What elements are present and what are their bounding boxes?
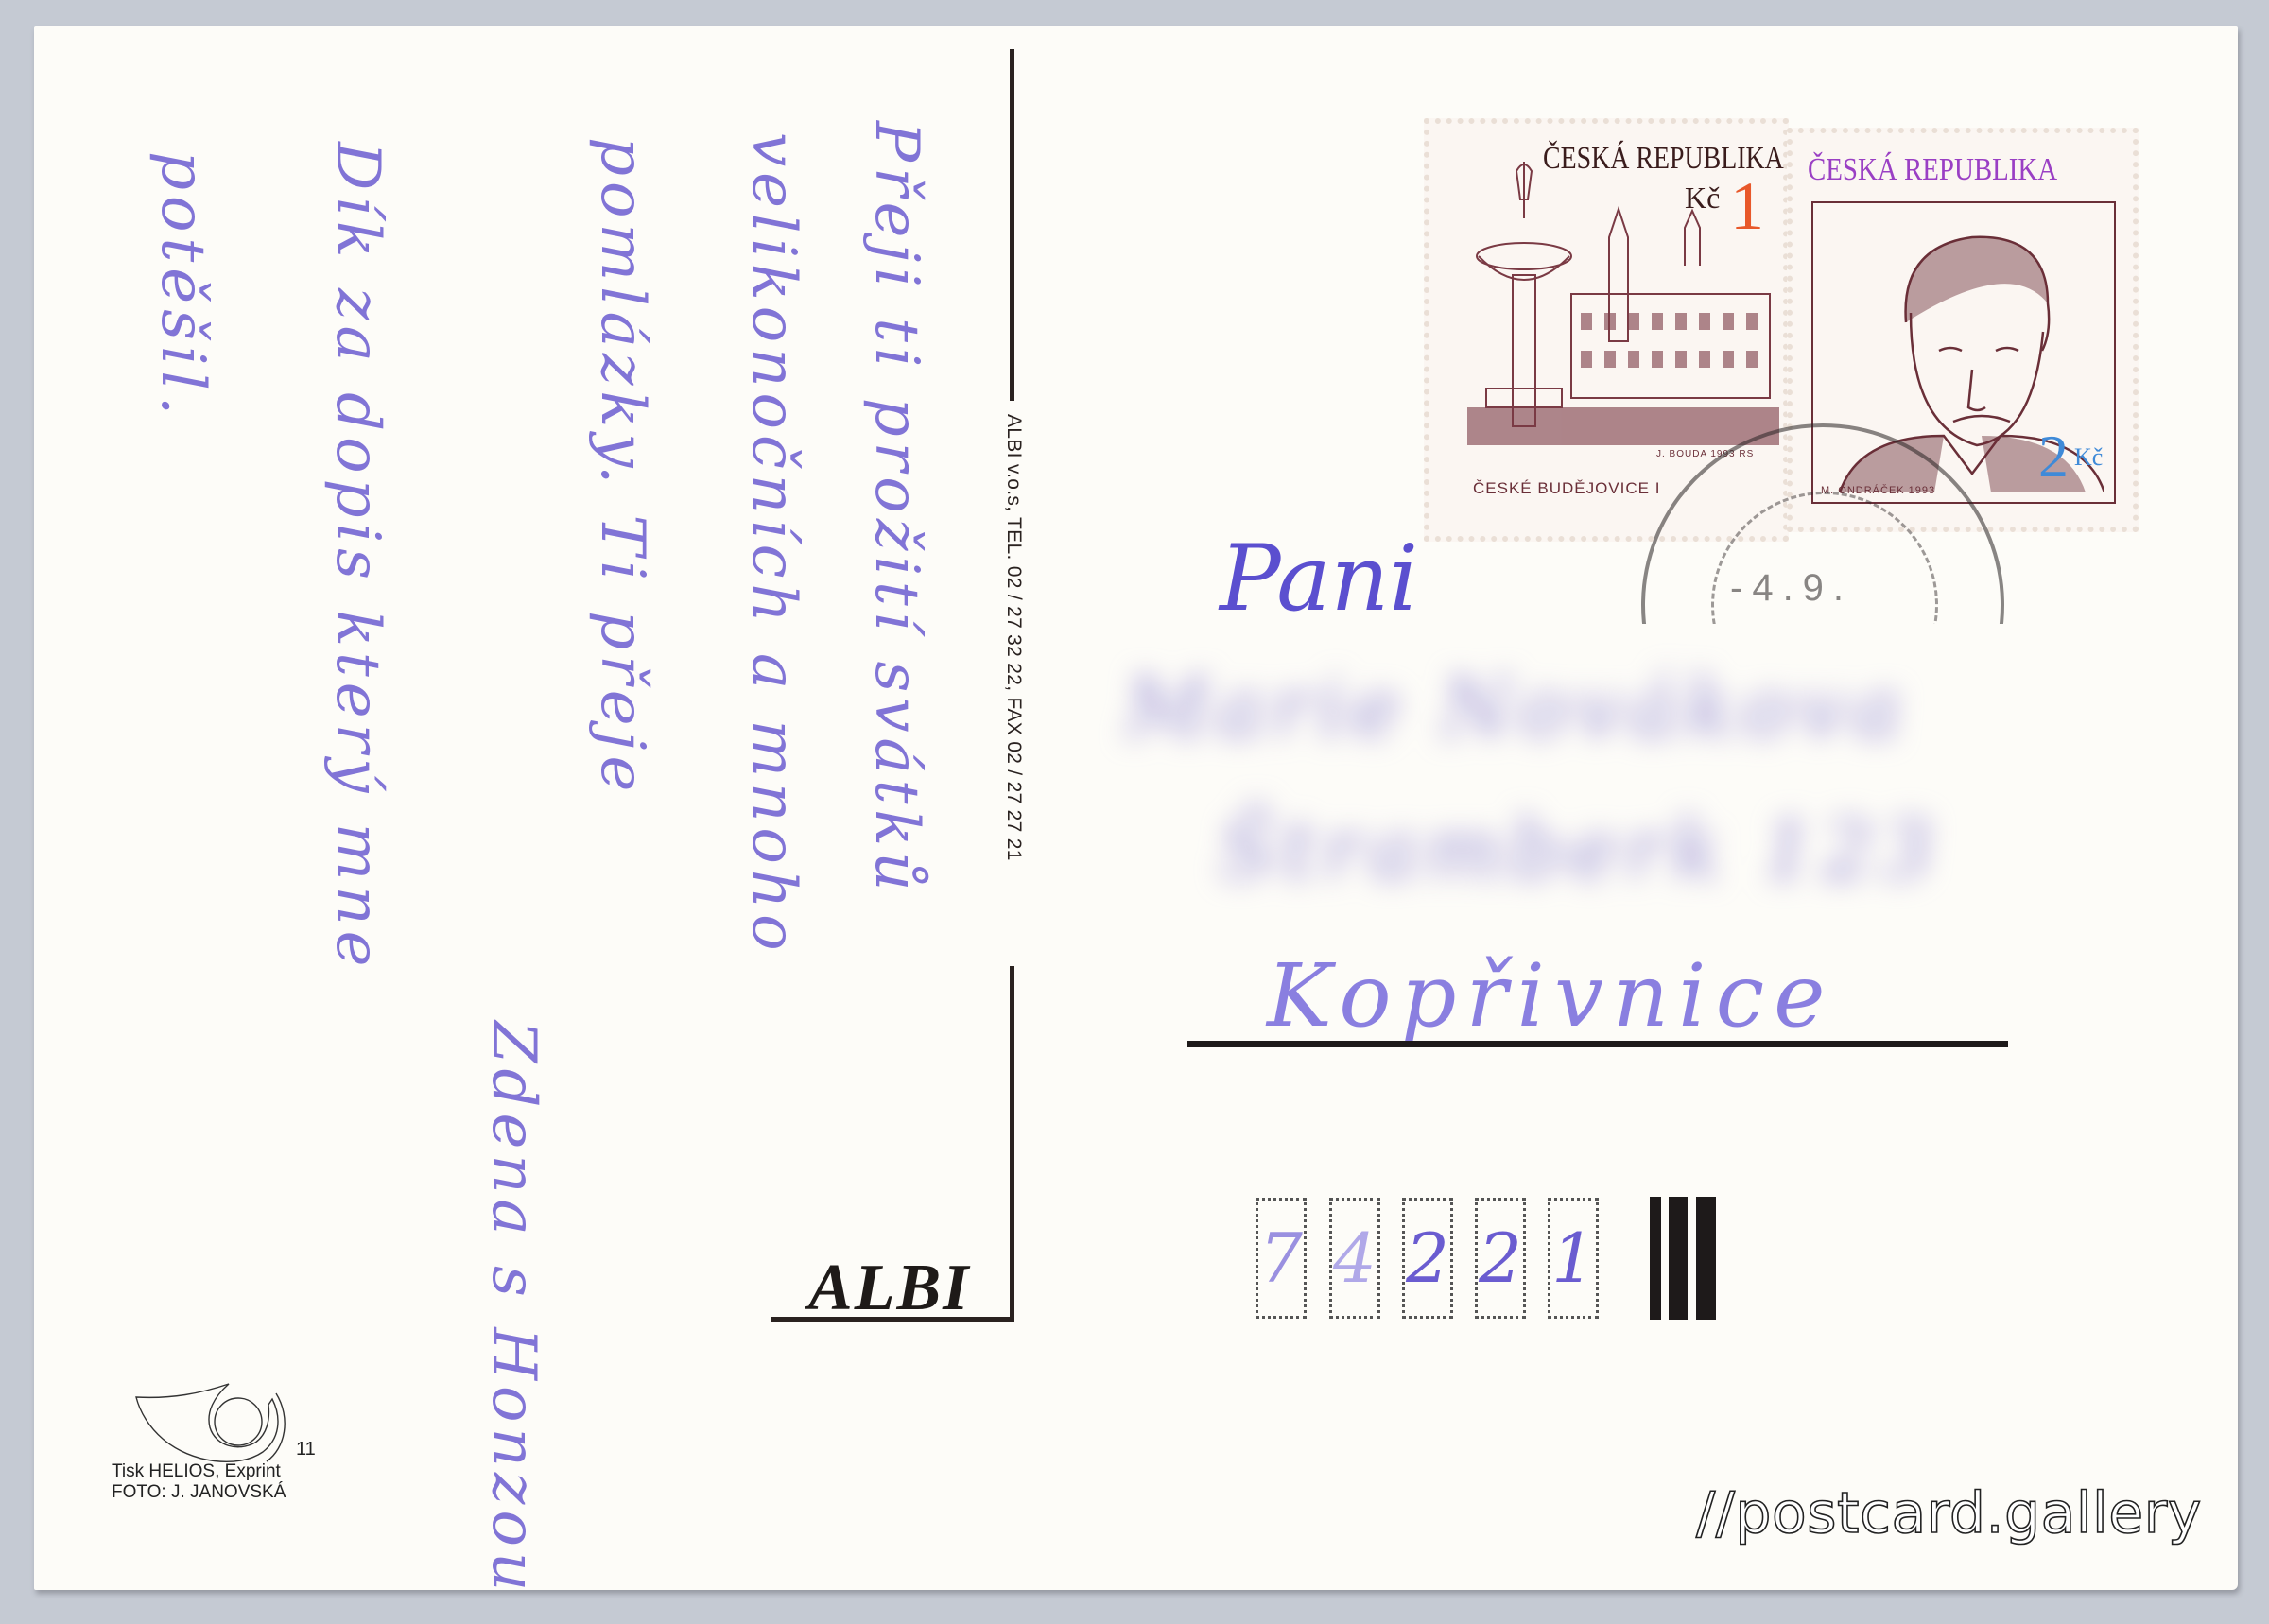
postal-code-digit-2: 4: [1329, 1198, 1380, 1319]
address-city: Kopřivnice: [1267, 945, 1835, 1046]
message-line-2: velikonočních a mnoho: [738, 132, 808, 957]
message-line-4: Zdena s Honzou: [478, 1021, 548, 1597]
address-name-redacted: Marie Novákova: [1125, 662, 1909, 756]
postal-code-digit-1: 7: [1256, 1198, 1307, 1319]
watermark: //postcard.gallery: [1696, 1480, 2202, 1546]
message-line-5: Dík za dopis který mne: [322, 142, 392, 973]
stamp-2-country: ČESKÁ REPUBLIKA: [1808, 152, 2057, 188]
message-line-3: pomlázky. Ti přeje: [587, 137, 657, 797]
stamp-2-value: 2: [2038, 422, 2069, 492]
message-line-1: Přeji ti prožití svátků: [861, 121, 931, 896]
card-number: 11: [296, 1439, 316, 1460]
fountain-townhall-illustration: [1467, 152, 1779, 455]
credits: Tisk HELIOS, Exprint FOTO: J. JANOVSKÁ: [112, 1461, 286, 1503]
sorting-bar-1: [1650, 1197, 1661, 1320]
albi-logo: ALBI: [808, 1251, 970, 1326]
postmark-date: -4.9.: [1730, 567, 1853, 610]
sorting-bar-2: [1669, 1197, 1688, 1320]
stamp-2-currency: Kč: [2074, 443, 2103, 472]
sorting-bar-3: [1696, 1197, 1716, 1320]
printer-credit: Tisk HELIOS, Exprint: [112, 1461, 286, 1482]
address-street-redacted: Štramberk 123: [1220, 803, 1940, 898]
stamp-1-caption: ČESKÉ BUDĚJOVICE I: [1473, 479, 1660, 498]
message-line-6: potěšil.: [147, 151, 217, 421]
divider-line-bottom: [1010, 966, 1014, 1322]
address-salutation: Pani: [1220, 526, 1418, 631]
publisher-info: ALBI v.o.s, TEL. 02 / 27 32 22, FAX 02 /…: [1002, 414, 1025, 861]
divider-line-top: [1010, 49, 1014, 401]
postal-code-digit-4: 2: [1475, 1198, 1526, 1319]
postal-code-digit-5: 1: [1548, 1198, 1599, 1319]
photo-credit: FOTO: J. JANOVSKÁ: [112, 1482, 286, 1503]
post-horn-icon: [134, 1380, 295, 1463]
address-line-city: [1187, 1041, 2008, 1047]
postal-code-digit-3: 2: [1402, 1198, 1453, 1319]
